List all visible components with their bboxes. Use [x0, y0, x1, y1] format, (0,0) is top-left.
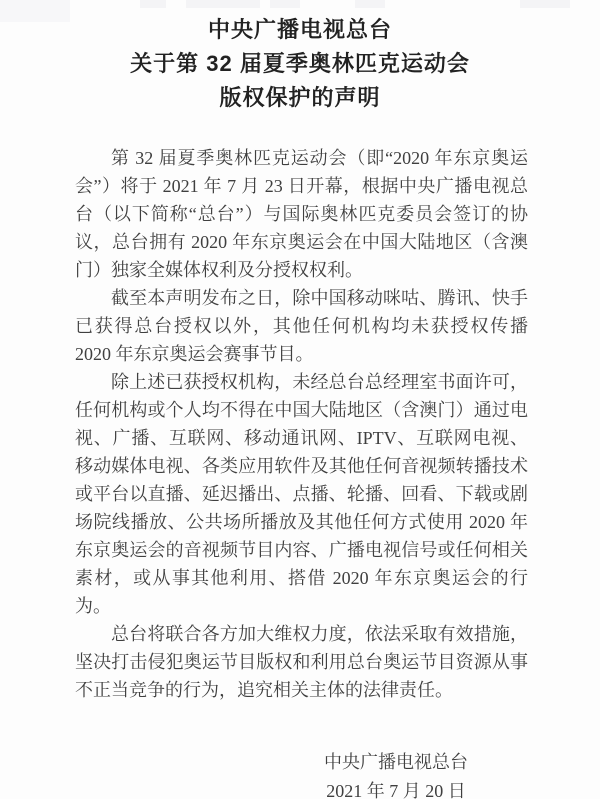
- document-page: 中央广播电视总台 关于第 32 届夏季奥林匹克运动会 版权保护的声明 第 32 …: [0, 0, 600, 799]
- scan-artifact: [140, 0, 166, 8]
- scan-artifact: [270, 0, 300, 8]
- paragraph-enforcement: 总台将联合各方加大维权力度，依法采取有效措施，坚决打击侵犯奥运节目版权和利用总台…: [75, 620, 528, 704]
- paragraph-authorized-platforms: 截至本声明发布之日，除中国移动咪咕、腾讯、快手已获得总台授权以外，其他任何机构均…: [75, 284, 528, 368]
- scan-artifact: [0, 0, 70, 22]
- title-line-1: 中央广播电视总台: [0, 13, 600, 47]
- document-body: 第 32 届夏季奥林匹克运动会（即“2020 年东京奥运会”）将于 2021 年…: [75, 144, 528, 704]
- scan-artifact: [355, 0, 385, 8]
- paragraph-prohibited-uses: 除上述已获授权机构，未经总台总经理室书面许可，任何机构或个人均不得在中国大陆地区…: [75, 368, 528, 620]
- scan-artifact: [186, 0, 260, 8]
- signature-block: 中央广播电视总台 2021 年 7 月 20 日: [324, 748, 468, 799]
- title-line-2: 关于第 32 届夏季奥林匹克运动会: [0, 47, 600, 81]
- paragraph-rights-overview: 第 32 届夏季奥林匹克运动会（即“2020 年东京奥运会”）将于 2021 年…: [75, 144, 528, 284]
- document-title: 中央广播电视总台 关于第 32 届夏季奥林匹克运动会 版权保护的声明: [0, 0, 600, 115]
- title-line-3: 版权保护的声明: [0, 81, 600, 115]
- signature-organization: 中央广播电视总台: [324, 748, 468, 777]
- signature-date: 2021 年 7 月 20 日: [324, 777, 468, 799]
- scan-artifact: [520, 0, 570, 8]
